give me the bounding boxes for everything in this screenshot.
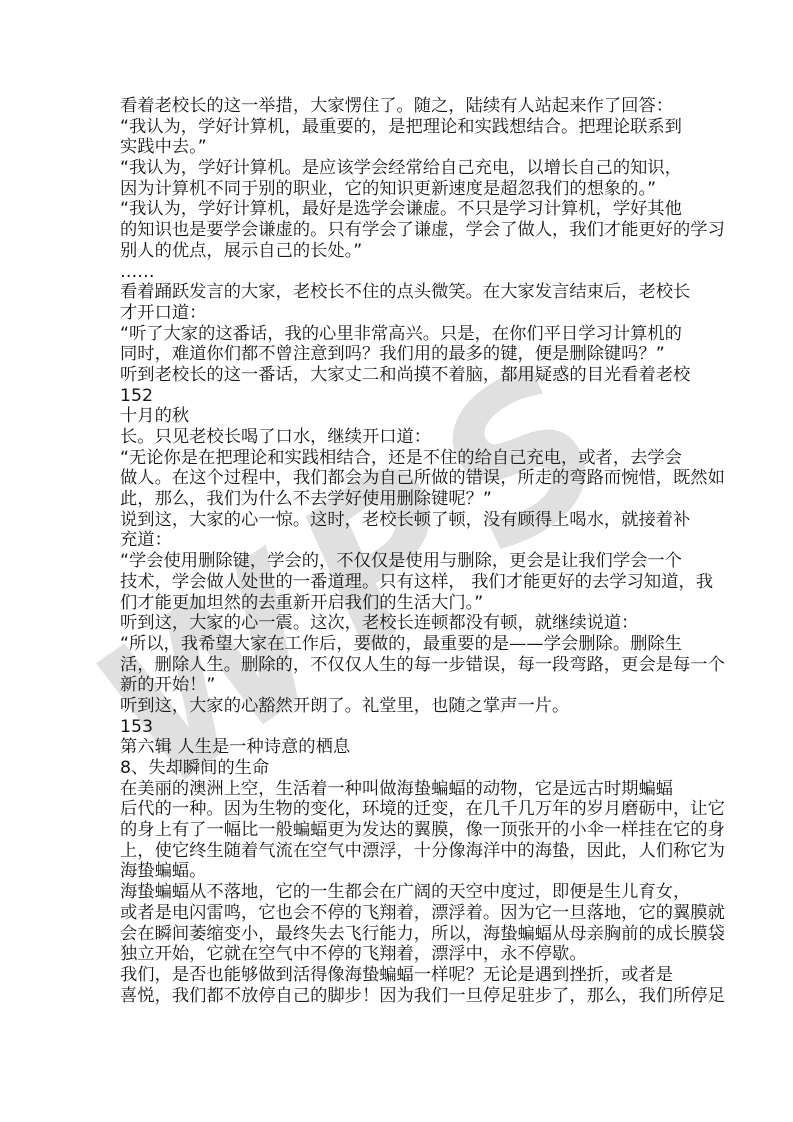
text-line: 我们，是否也能够做到活得像海蛰蝙蝠一样呢？无论是遇到挫折，或者是 [120, 965, 725, 986]
text-line: 看着老校长的这一举措，大家愣住了。随之，陆续有人站起来作了回答： [120, 96, 725, 117]
text-line: 说到这，大家的心一惊。这时，老校长顿了顿，没有顾得上喝水，就接着补 [120, 510, 725, 531]
text-line: “我认为，学好计算机。是应该学会经常给自己充电，以增长自己的知识， [120, 158, 725, 179]
text-line: 在美丽的澳洲上空，生活着一种叫做海蛰蝙蝠的动物，它是远古时期蝙蝠 [120, 779, 725, 800]
text-line: 153 [120, 717, 725, 738]
text-line: 上，使它终生随着气流在空气中漂浮，十分像海洋中的海蛰，因此，人们称它为 [120, 841, 725, 862]
text-line: …… [120, 262, 725, 283]
text-line: 十月的秋 [120, 406, 725, 427]
text-line: “我认为，学好计算机，最重要的，是把理论和实践想结合。把理论联系到 [120, 117, 725, 138]
text-line: “学会使用删除键，学会的，不仅仅是使用与删除，更会是让我们学会一个 [120, 551, 725, 572]
text-line: 8、失却瞬间的生命 [120, 758, 725, 779]
text-line: 独立开始，它就在空气中不停的飞翔着，漂浮中，永不停歇。 [120, 944, 725, 965]
text-line: “听了大家的这番话，我的心里非常高兴。只是，在你们平日学习计算机的 [120, 324, 725, 345]
text-line: 们才能更加坦然的去重新开启我们的生活大门。” [120, 593, 725, 614]
document-text: 看着老校长的这一举措，大家愣住了。随之，陆续有人站起来作了回答：“我认为，学好计… [120, 96, 725, 1006]
text-line: 充道： [120, 530, 725, 551]
text-line: 才开口道： [120, 303, 725, 324]
text-line: 的身上有了一幅比一般蝙蝠更为发达的翼膜，像一顶张开的小伞一样挂在它的身 [120, 820, 725, 841]
text-line: 别人的优点，展示自己的长处。” [120, 241, 725, 262]
text-line: 海蛰蝙蝠从不落地，它的一生都会在广阔的天空中度过，即便是生儿育女， [120, 882, 725, 903]
text-line: “无论你是在把理论和实践相结合，还是不住的给自己充电，或者，去学会 [120, 448, 725, 469]
text-line: 海蛰蝙蝠。 [120, 861, 725, 882]
text-line: 此，那么，我们为什么不去学好使用删除键呢？” [120, 489, 725, 510]
text-line: 听到这，大家的心一震。这次，老校长连顿都没有顿，就继续说道： [120, 613, 725, 634]
text-line: 听到老校长的这一番话，大家丈二和尚摸不着脑，都用疑惑的目光看着老校 [120, 365, 725, 386]
text-line: “我认为，学好计算机，最好是选学会谦虚。不只是学习计算机，学好其他 [120, 199, 725, 220]
text-line: 同时，难道你们都不曾注意到吗？我们用的最多的键，便是删除键吗？” [120, 344, 725, 365]
text-line: 技术，学会做人处世的一番道理。只有这样， 我们才能更好的去学习知道，我 [120, 572, 725, 593]
text-line: 听到这，大家的心豁然开朗了。礼堂里，也随之掌声一片。 [120, 696, 725, 717]
text-line: 或者是电闪雷鸣，它也会不停的飞翔着，漂浮着。因为它一旦落地，它的翼膜就 [120, 903, 725, 924]
text-line: 看着踊跃发言的大家，老校长不住的点头微笑。在大家发言结束后，老校长 [120, 282, 725, 303]
text-line: 新的开始！” [120, 675, 725, 696]
text-line: 第六辑 人生是一种诗意的栖息 [120, 737, 725, 758]
text-line: 喜悦，我们都不放停自己的脚步！因为我们一旦停足驻步了，那么，我们所停足 [120, 986, 725, 1007]
document-page: WPS 看着老校长的这一举措，大家愣住了。随之，陆续有人站起来作了回答：“我认为… [0, 0, 793, 1122]
text-line: 因为计算机不同于别的职业，它的知识更新速度是超忽我们的想象的。” [120, 179, 725, 200]
text-line: 152 [120, 386, 725, 407]
text-line: 会在瞬间萎缩变小，最终失去飞行能力，所以，海蛰蝙蝠从母亲胸前的成长膜袋 [120, 924, 725, 945]
text-line: “所以，我希望大家在工作后，要做的，最重要的是——学会删除。删除生 [120, 634, 725, 655]
text-line: 后代的一种。因为生物的变化，环境的迁变，在几千几万年的岁月磨砺中，让它 [120, 799, 725, 820]
text-line: 的知识也是要学会谦虚的。只有学会了谦虚，学会了做人，我们才能更好的学习 [120, 220, 725, 241]
text-line: 长。只见老校长喝了口水，继续开口道： [120, 427, 725, 448]
text-line: 实践中去。” [120, 137, 725, 158]
text-line: 做人。在这个过程中，我们都会为自己所做的错误，所走的弯路而惋惜，既然如 [120, 468, 725, 489]
text-line: 活，删除人生。删除的，不仅仅人生的每一步错误，每一段弯路，更会是每一个 [120, 655, 725, 676]
